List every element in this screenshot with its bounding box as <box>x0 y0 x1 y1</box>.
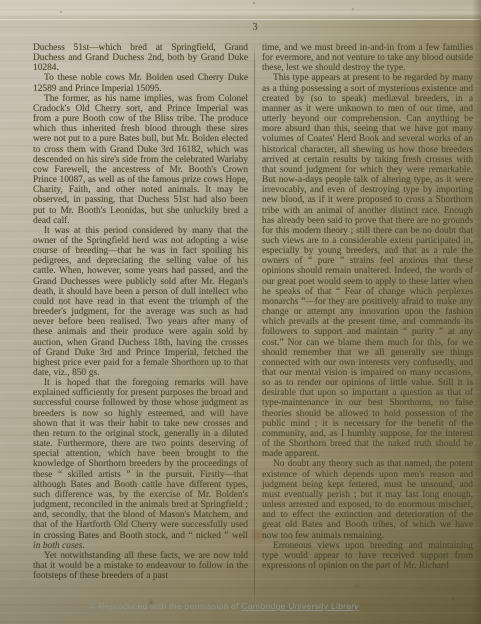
body-text: It is hoped that the foregoing remarks w… <box>33 378 248 540</box>
body-text: Yet notwithstanding all these facts, we … <box>33 551 248 581</box>
body-text: This type appears at present to be regar… <box>262 73 473 459</box>
body-text: It was at this period considered by many… <box>33 226 248 378</box>
column-divider-rule <box>254 44 255 604</box>
paragraph: This type appears at present to be regar… <box>262 73 473 459</box>
library-name: Cambridge University Library <box>241 601 359 611</box>
right-edge-shadow <box>472 0 481 624</box>
paragraph: No doubt any theory such as that named, … <box>262 459 473 540</box>
text-column-left: Duchess 51st—which bred at Springfield, … <box>33 43 248 604</box>
ink-specks <box>0 0 2 2</box>
body-text: To these noble cows Mr. Bolden used Cher… <box>33 73 248 93</box>
paragraph: Yet notwithstanding all these facts, we … <box>33 551 248 581</box>
body-text: Duchess 51st—which bred at Springfield, … <box>33 43 248 73</box>
paragraph: time, and we must breed in-and-in from a… <box>262 43 473 73</box>
text-column-right: time, and we must breed in-and-in from a… <box>262 43 473 604</box>
copyright-text: © Reproduced with the permission of <box>89 601 241 611</box>
text-columns: Duchess 51st—which bred at Springfield, … <box>33 43 473 604</box>
paragraph: It was at this period considered by many… <box>33 226 248 378</box>
body-text: time, and we must breed in-and-in from a… <box>262 43 473 73</box>
page-number: 3 <box>247 22 263 33</box>
paragraph: The former, as his name implies, was fro… <box>33 94 248 226</box>
paragraph: It is hoped that the foregoing remarks w… <box>33 378 248 551</box>
paragraph: To these noble cows Mr. Bolden used Cher… <box>33 73 248 93</box>
scanned-page: 3 Duchess 51st—which bred at Springfield… <box>0 0 481 624</box>
top-light-band <box>0 0 481 20</box>
body-text: Erroneous views upon breeding and mainta… <box>262 541 473 571</box>
paragraph: Duchess 51st—which bred at Springfield, … <box>33 43 248 73</box>
paragraph: Erroneous views upon breeding and mainta… <box>262 541 473 571</box>
body-text: The former, as his name implies, was fro… <box>33 94 248 226</box>
body-text: No doubt any theory such as that named, … <box>262 459 473 540</box>
copyright-watermark: © Reproduced with the permission of Camb… <box>0 601 460 611</box>
italic-text: in both cases <box>33 541 82 551</box>
body-text: . <box>82 541 84 551</box>
